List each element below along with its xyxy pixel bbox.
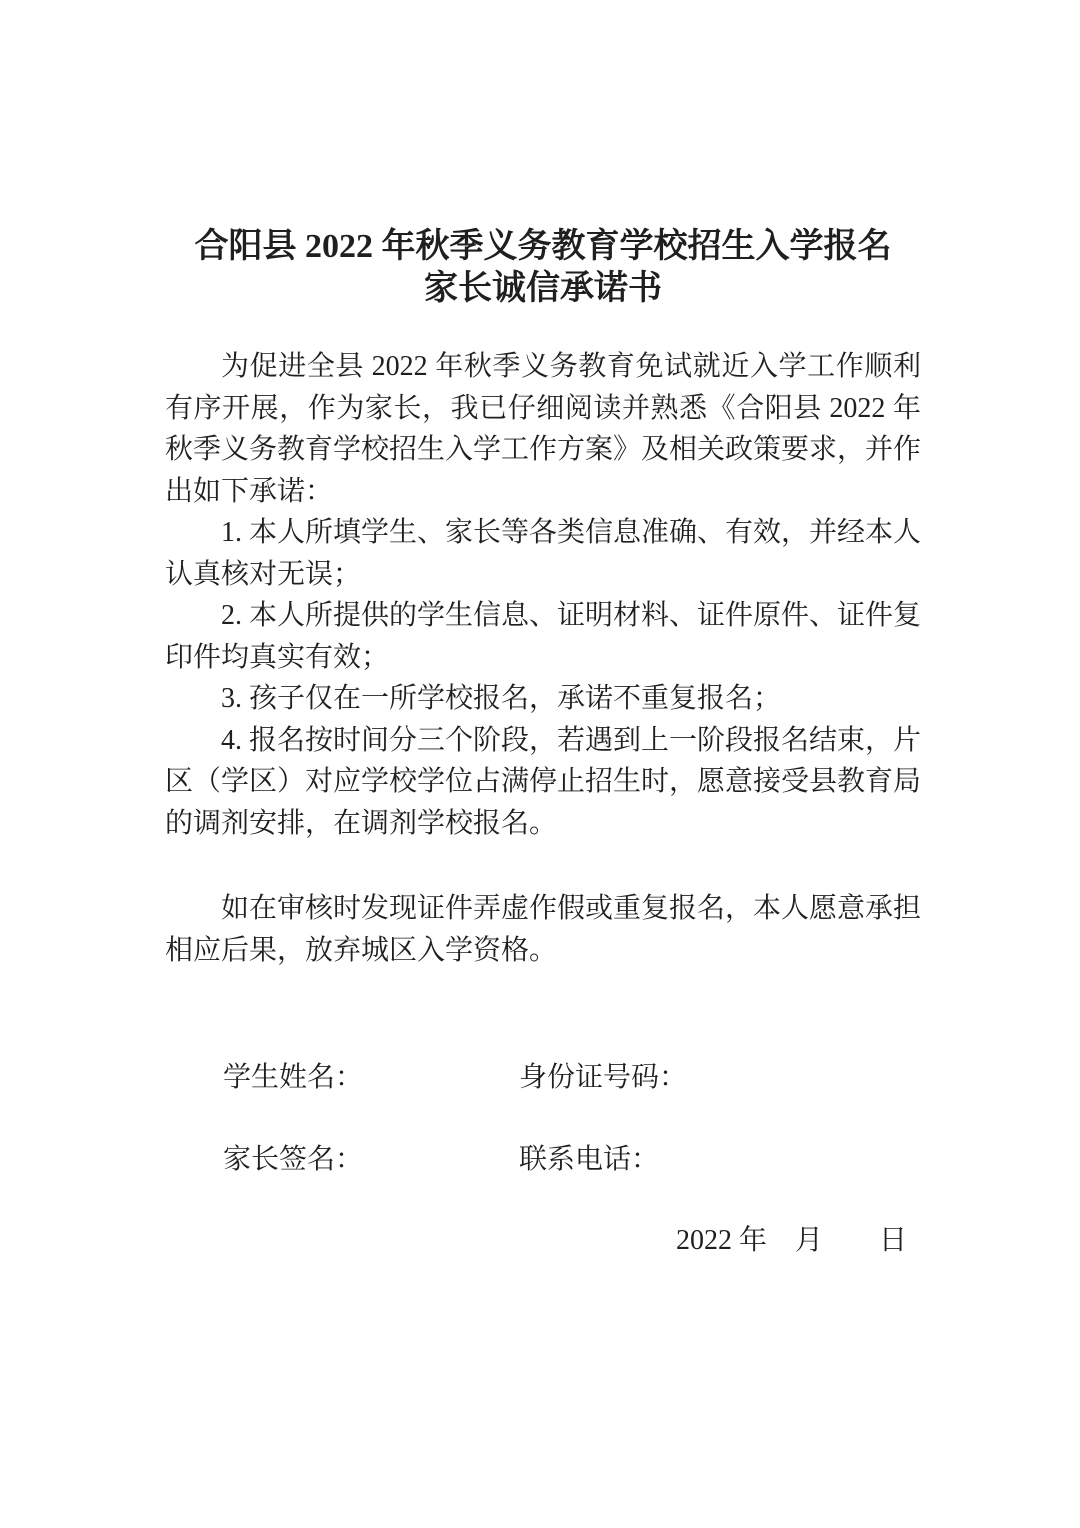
signature-row-parent: 家长签名： 联系电话： — [165, 1139, 921, 1180]
title-line-1: 合阳县 2022 年秋季义务教育学校招生入学报名 — [165, 226, 921, 268]
parent-signature-label: 家长签名： — [223, 1139, 512, 1180]
commitment-item-1: 1. 本人所填学生、家长等各类信息准确、有效，并经本人认真核对无误； — [165, 512, 921, 595]
id-number-label: 身份证号码： — [519, 1062, 687, 1093]
commitment-item-3: 3. 孩子仅在一所学校报名，承诺不重复报名； — [165, 678, 921, 720]
contact-phone-label: 联系电话： — [519, 1144, 659, 1175]
signature-section: 学生姓名： 身份证号码： 家长签名： 联系电话： 2022 年 月 日 — [165, 1057, 921, 1261]
commitment-item-4: 4. 报名按时间分三个阶段，若遇到上一阶段报名结束，片区（学区）对应学校学位占满… — [165, 720, 921, 845]
penalty-paragraph: 如在审核时发现证件弄虚作假或重复报名，本人愿意承担相应后果，放弃城区入学资格。 — [165, 888, 921, 971]
title-line-2: 家长诚信承诺书 — [165, 268, 921, 310]
commitment-item-2: 2. 本人所提供的学生信息、证明材料、证件原件、证件复印件均真实有效； — [165, 595, 921, 678]
document-title: 合阳县 2022 年秋季义务教育学校招生入学报名 家长诚信承诺书 — [165, 226, 921, 310]
document-page: 合阳县 2022 年秋季义务教育学校招生入学报名 家长诚信承诺书 为促进全县 2… — [0, 0, 1080, 1528]
intro-paragraph: 为促进全县 2022 年秋季义务教育免试就近入学工作顺利有序开展，作为家长，我已… — [165, 346, 921, 512]
document-body: 为促进全县 2022 年秋季义务教育免试就近入学工作顺利有序开展，作为家长，我已… — [165, 346, 921, 971]
student-name-label: 学生姓名： — [223, 1057, 512, 1098]
document-content: 合阳县 2022 年秋季义务教育学校招生入学报名 家长诚信承诺书 为促进全县 2… — [0, 0, 1080, 1261]
signature-row-student: 学生姓名： 身份证号码： — [165, 1057, 921, 1098]
date-line: 2022 年 月 日 — [165, 1220, 921, 1261]
